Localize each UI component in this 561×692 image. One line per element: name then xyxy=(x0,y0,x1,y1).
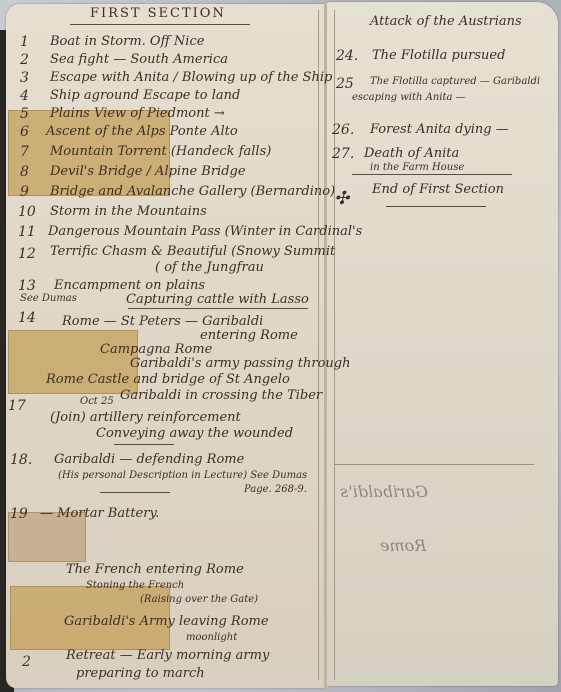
item-number: 27. xyxy=(332,146,354,162)
item-number: 10 xyxy=(18,204,36,220)
list-item: (Join) artillery reinforcement xyxy=(50,410,241,425)
item-number: 11 xyxy=(18,224,36,240)
section-header: FIRST SECTION xyxy=(90,6,226,21)
list-item: escaping with Anita — xyxy=(352,92,466,103)
list-item: entering Rome xyxy=(200,328,298,343)
list-item: Campagna Rome xyxy=(100,342,212,357)
list-item: Rome — St Peters — Garibaldi xyxy=(62,314,263,329)
list-item: Escape with Anita / Blowing up of the Sh… xyxy=(50,70,332,85)
end-of-section-note: End of First Section xyxy=(372,182,504,197)
item-number: 1 xyxy=(20,34,29,50)
list-item: Capturing cattle with Lasso xyxy=(126,292,309,307)
list-item: ( of the Jungfrau xyxy=(155,260,264,275)
list-item: Sea fight — South America xyxy=(50,52,228,67)
item-number: 6 xyxy=(20,124,29,140)
list-item: Ascent of the Alps Ponte Alto xyxy=(46,124,238,139)
list-item: Rome Castle and bridge of St Angelo xyxy=(46,372,290,387)
list-item: The French entering Rome xyxy=(66,562,244,577)
list-item: Bridge and Avalanche Gallery (Bernardino… xyxy=(50,184,335,199)
item-number: 19 xyxy=(10,506,28,522)
item-number: 25 xyxy=(336,76,354,92)
list-item: Boat in Storm. Off Nice xyxy=(50,34,204,49)
list-item: (His personal Description in Lecture) Se… xyxy=(58,470,307,481)
item-number: 4 xyxy=(20,88,29,104)
underline xyxy=(100,492,170,493)
margin-note-see-dumas: See Dumas xyxy=(20,293,77,304)
mirror-pencil-text: Rome xyxy=(380,536,426,555)
list-item: Plains View of Piedmont → xyxy=(50,106,225,121)
list-item: Garibaldi in crossing the Tiber xyxy=(120,388,322,403)
item-number: 18. xyxy=(10,452,32,468)
underline xyxy=(128,308,308,309)
header-rule xyxy=(70,24,250,25)
list-item: in the Farm House xyxy=(370,162,464,173)
underline xyxy=(114,444,174,445)
margin-rule xyxy=(318,10,319,680)
item-number: 9 xyxy=(20,184,29,200)
item-number: 5 xyxy=(20,106,29,122)
list-item: Terrific Chasm & Beautiful (Snowy Summit xyxy=(50,244,335,259)
item-number: 2 xyxy=(20,52,29,68)
margin-note-oct: Oct 25 xyxy=(80,396,114,407)
margin-note-page-ref: Page. 268-9. xyxy=(244,484,307,495)
item-number: 24. xyxy=(336,48,358,64)
list-item: Retreat — Early morning army xyxy=(66,648,269,663)
item-number: 17 xyxy=(8,398,26,414)
list-item: The Flotilla pursued xyxy=(372,48,505,63)
list-item: — Mortar Battery. xyxy=(40,506,159,521)
list-item: Death of Anita xyxy=(364,146,459,161)
list-item: Forest Anita dying — xyxy=(370,122,509,137)
list-item: Conveying away the wounded xyxy=(96,426,293,441)
item-number: 3 xyxy=(20,70,29,86)
list-item: Storm in the Mountains xyxy=(50,204,207,219)
list-item: Dangerous Mountain Pass (Winter in Cardi… xyxy=(48,224,362,239)
mirror-pencil-text: Garibaldi's xyxy=(340,482,428,501)
section-rule xyxy=(386,206,486,207)
list-item: Garibaldi's army passing through xyxy=(130,356,350,371)
item-number: 13 xyxy=(18,278,36,294)
item-number: 7 xyxy=(20,144,29,160)
item-number: 26. xyxy=(332,122,354,138)
pencil-rule xyxy=(334,464,534,465)
list-item: Stoning the French xyxy=(86,580,184,591)
list-item: The Flotilla captured — Garibaldi xyxy=(370,76,540,87)
ink-blot: ✣ xyxy=(334,188,349,209)
list-item: (Raising over the Gate) xyxy=(140,594,258,605)
list-item: Garibaldi's Army leaving Rome xyxy=(64,614,269,629)
list-item: Garibaldi — defending Rome xyxy=(54,452,244,467)
list-item: Attack of the Austrians xyxy=(370,14,522,29)
list-item: Devil's Bridge / Alpine Bridge xyxy=(50,164,246,179)
list-item: moonlight xyxy=(186,632,237,643)
list-item: Encampment on plains xyxy=(54,278,205,293)
section-rule xyxy=(352,174,512,175)
list-item: Ship aground Escape to land xyxy=(50,88,240,103)
item-number: 2 xyxy=(22,654,31,670)
item-number: 14 xyxy=(18,310,36,326)
right-page xyxy=(326,2,558,686)
list-item: Mountain Torrent (Handeck falls) xyxy=(50,144,271,159)
item-number: 8 xyxy=(20,164,29,180)
margin-rule xyxy=(334,10,335,680)
list-item: preparing to march xyxy=(76,666,205,681)
item-number: 12 xyxy=(18,246,36,262)
page-fold xyxy=(324,0,327,692)
